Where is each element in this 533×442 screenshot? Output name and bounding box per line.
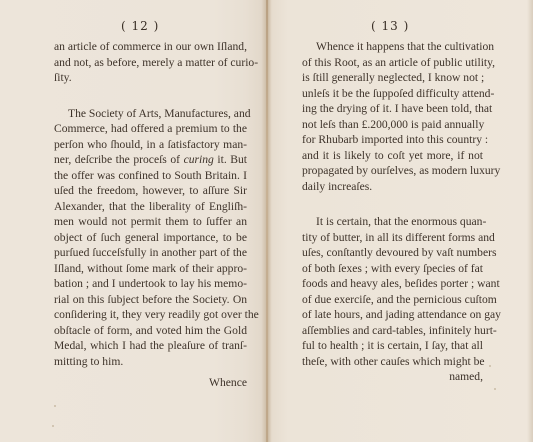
- text-line: perſon who ſhould, in a ſatisfactory man…: [54, 137, 247, 153]
- text-line: men would not permit them to ſuffer an: [54, 214, 247, 230]
- text-line: The Society of Arts, Manufactures, and: [54, 106, 247, 122]
- text-line: propagated by ourſelves, as modern luxur…: [302, 163, 483, 179]
- text-line: and it is likely to coſt yet more, if no…: [302, 148, 483, 164]
- text-line: Alexander, that the liberality of Engliſ…: [54, 199, 247, 215]
- text-line: It is certain, that the enormous quan-: [302, 214, 483, 230]
- text-line: of this Root, as an article of public ut…: [302, 55, 483, 71]
- page-number-left: ( 12 ): [121, 19, 159, 33]
- text-line: ing the drying of it. I have been told, …: [302, 101, 483, 117]
- text-line: unleſs it be the ſuppoſed difficulty att…: [302, 86, 483, 102]
- text-line: daily increaſes.: [302, 179, 483, 195]
- left-page: ( 12 ) an article of commerce in our own…: [0, 0, 266, 442]
- text-line: aſſemblies and card-tables, infinitely h…: [302, 323, 483, 339]
- text-line: ful to health ; it is certain, I ſay, th…: [302, 338, 483, 354]
- text-line: not leſs than £.200,000 is paid annually: [302, 117, 483, 133]
- text-line: mitting to him.: [54, 354, 247, 370]
- text-line: the offer was confined to South Britain.…: [54, 168, 247, 184]
- catchword: Whence: [54, 375, 247, 391]
- text-line: rial on this ſubject before the Society.…: [54, 292, 247, 308]
- text-line: object of ſuch general importance, to be: [54, 230, 247, 246]
- book-spread: ( 12 ) an article of commerce in our own…: [0, 0, 533, 442]
- text-line: Medal, which I had the pleaſure of tranſ…: [54, 338, 247, 354]
- text-line: Iſland, without ſome mark of their appro…: [54, 261, 247, 277]
- text-line: purſued ſucceſsfully in another part of …: [54, 245, 247, 261]
- text-line: of both ſexes ; with every ſpecies of fa…: [302, 261, 483, 277]
- text-line-with-italic: ner, deſcribe the proceſs of curing it. …: [54, 152, 247, 168]
- text-line: is ſtill generally neglected, I know not…: [302, 70, 483, 86]
- text-line: conſidering it, they very readily got ov…: [54, 307, 247, 323]
- text-line: Commerce, had offered a premium to the: [54, 121, 247, 137]
- text-line: for Rhubarb imported into this country :: [302, 132, 483, 148]
- text-line: uſes, conſtantly devoured by vaſt number…: [302, 245, 483, 261]
- text-line: uſed the freedom, however, to aſſure Sir: [54, 183, 247, 199]
- catchword: named,: [302, 369, 483, 385]
- text-line: tity of butter, in all its different for…: [302, 230, 483, 246]
- text-line: obſtacle of form, and voted him the Gold: [54, 323, 247, 339]
- right-page: ( 13 ) Whence it happens that the cultiv…: [268, 0, 533, 442]
- text-line: bation ; and I undertook to lay his memo…: [54, 276, 247, 292]
- text-segment: it. But: [214, 153, 247, 166]
- text-line: theſe, with other cauſes which might be: [302, 354, 483, 370]
- text-segment: ner, deſcribe the proceſs of: [54, 153, 180, 166]
- page-edge: [527, 0, 533, 442]
- italic-word: curing: [184, 153, 214, 166]
- left-page-text: an article of commerce in our own Iſland…: [54, 39, 247, 391]
- page-number-right: ( 13 ): [371, 19, 409, 33]
- text-line: an article of commerce in our own Iſland…: [54, 39, 247, 55]
- text-line: ſity.: [54, 70, 247, 86]
- text-line: and not, as before, merely a matter of c…: [54, 55, 247, 71]
- text-line: of late hours, and jading attendance on …: [302, 307, 483, 323]
- text-line: Whence it happens that the cultivation: [302, 39, 483, 55]
- text-line: of due exerciſe, and the pernicious cuſt…: [302, 292, 483, 308]
- right-page-text: Whence it happens that the cultivation o…: [302, 39, 483, 385]
- text-line: foods and heavy ales, beſides porter ; w…: [302, 276, 483, 292]
